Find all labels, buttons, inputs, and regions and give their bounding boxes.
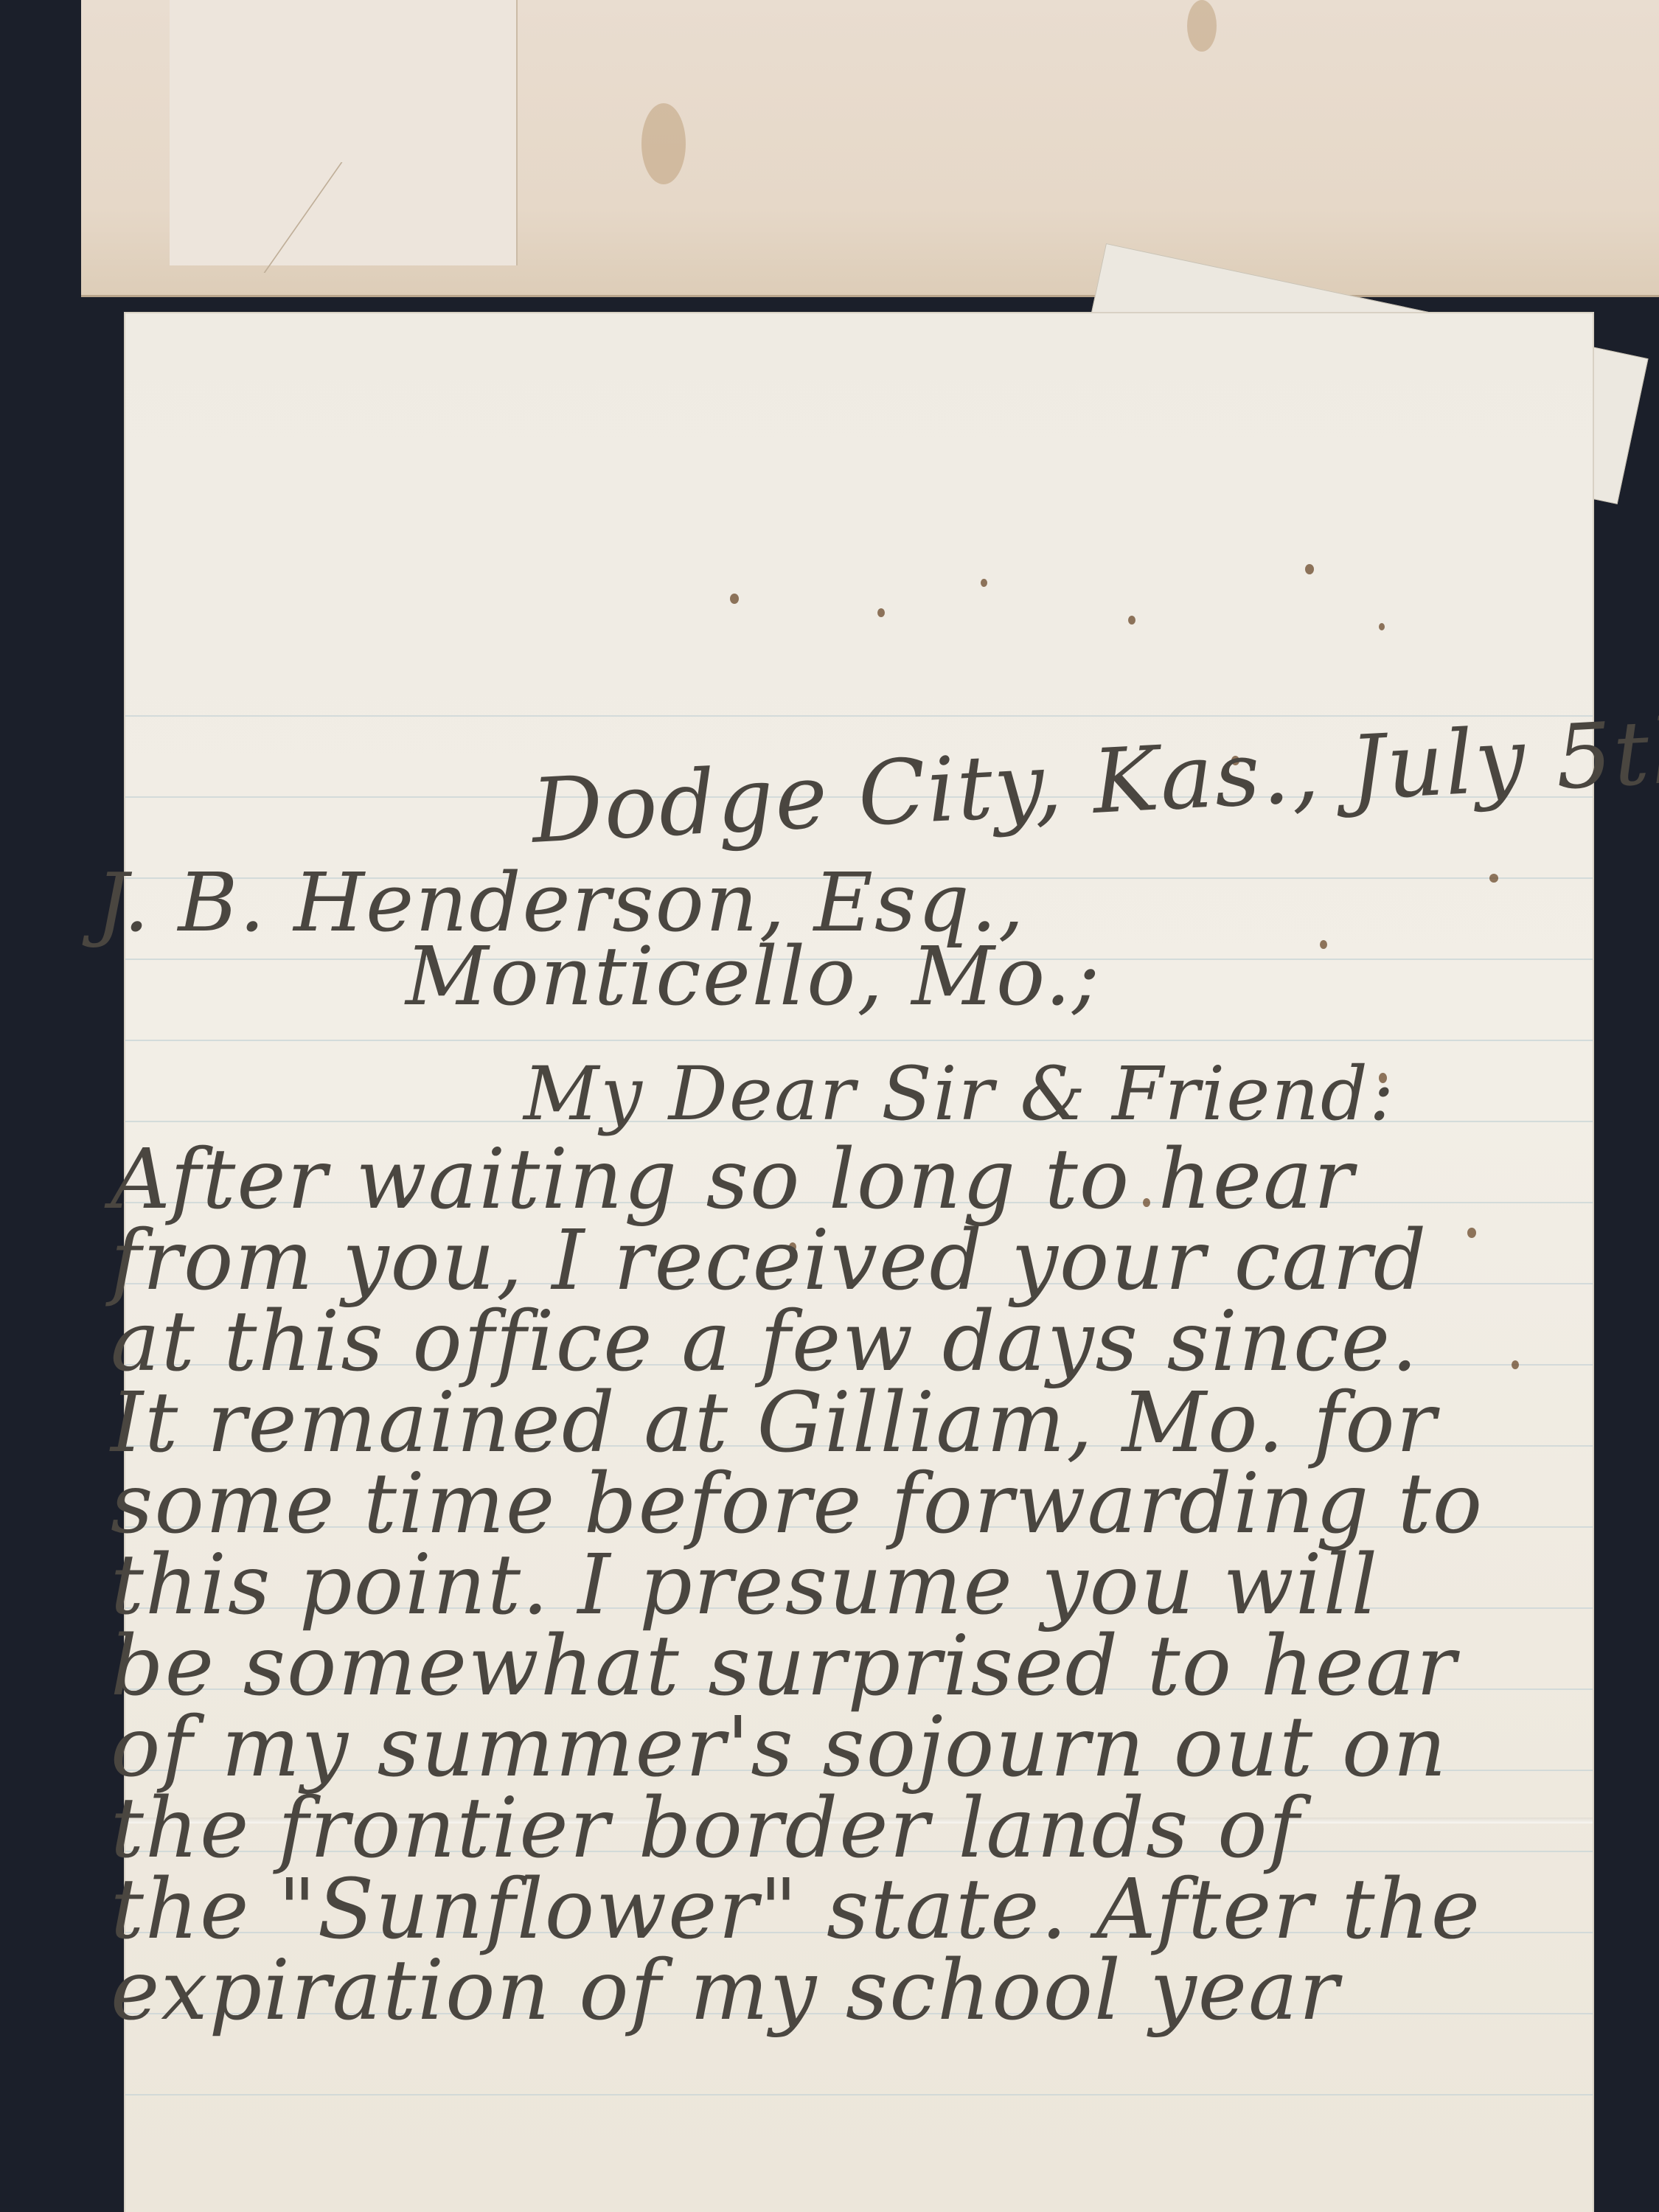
envelope [81,0,1659,297]
letter-page: Dodge City, Kas., July 5th 89 J. B. Hend… [125,313,1593,2212]
envelope-stain [1187,0,1217,52]
body-line: expiration of my school year [111,1943,1340,2039]
envelope-stain [641,103,686,184]
salutation: My Dear Sir & Friend: [524,1051,1396,1137]
addressee-city: Monticello, Mo.; [406,929,1101,1023]
place-date-line: Dodge City, Kas., July 5th 89 [529,692,1659,863]
